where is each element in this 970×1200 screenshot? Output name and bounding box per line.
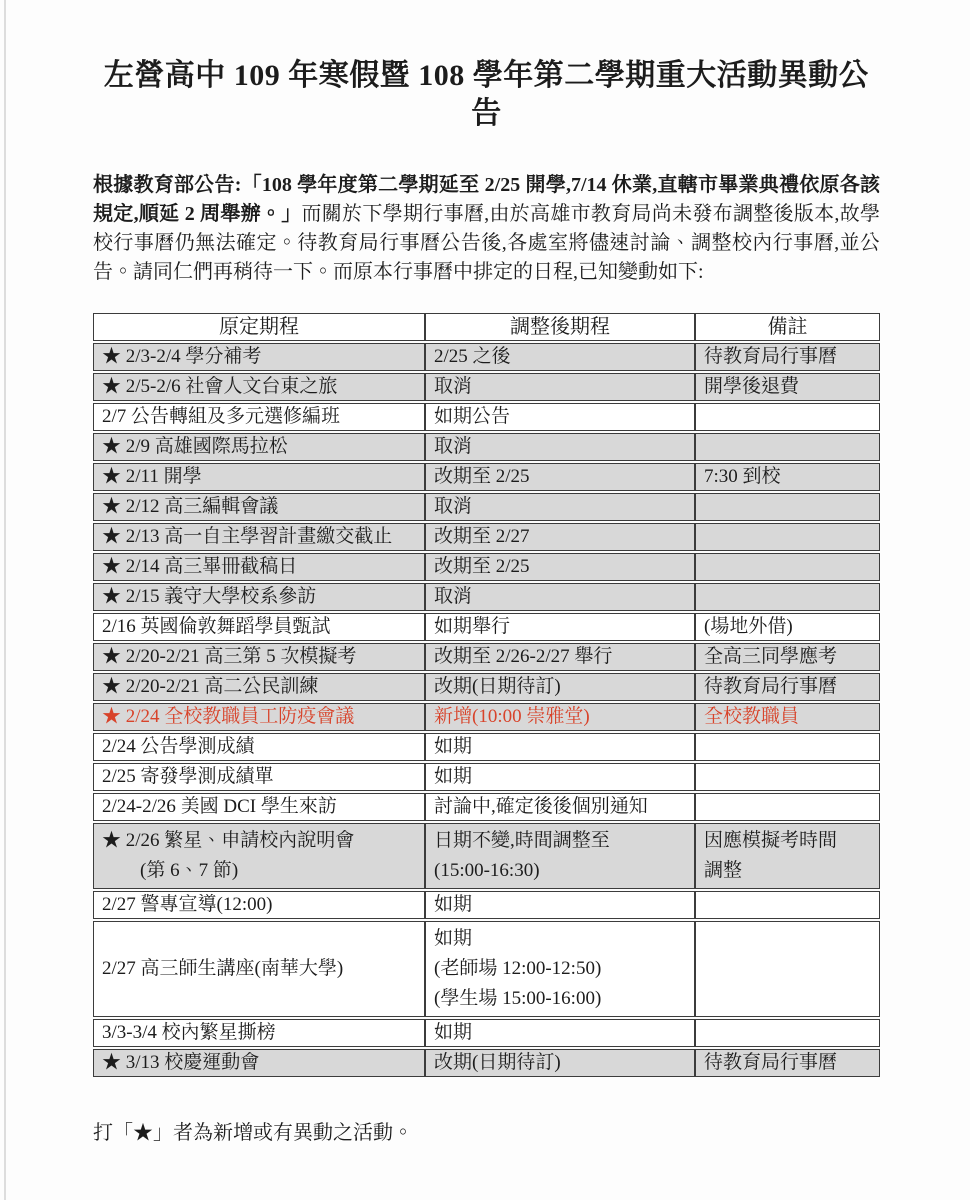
table-row: ★ 2/11 開學改期至 2/257:30 到校 <box>93 463 880 491</box>
table-row: 2/7 公告轉組及多元選修編班如期公告 <box>93 403 880 431</box>
cell-original-schedule: 2/24 公告學測成績 <box>93 733 425 761</box>
cell-original-schedule: ★ 2/15 義守大學校系參訪 <box>93 583 425 611</box>
cell-adjusted-schedule: 2/25 之後 <box>425 343 695 371</box>
cell-original-schedule: ★ 2/14 高三畢冊截稿日 <box>93 553 425 581</box>
cell-note <box>695 793 880 821</box>
table-row: 2/16 英國倫敦舞蹈學員甄試如期舉行(場地外借) <box>93 613 880 641</box>
cell-adjusted-schedule: 取消 <box>425 493 695 521</box>
cell-original-schedule: ★ 2/24 全校教職員工防疫會議 <box>93 703 425 731</box>
table-row: ★ 2/20-2/21 高二公民訓練改期(日期待訂)待教育局行事曆 <box>93 673 880 701</box>
cell-original-schedule: 2/25 寄發學測成績單 <box>93 763 425 791</box>
schedule-change-table: 原定期程 調整後期程 備註 ★ 2/3-2/4 學分補考2/25 之後待教育局行… <box>93 311 880 1079</box>
cell-original-schedule: ★ 2/26 繁星、申請校內說明會 (第 6、7 節) <box>93 823 425 889</box>
cell-original-schedule: 3/3-3/4 校內繁星撕榜 <box>93 1019 425 1047</box>
cell-note <box>695 891 880 919</box>
cell-adjusted-schedule: 如期公告 <box>425 403 695 431</box>
cell-adjusted-schedule: 如期 <box>425 891 695 919</box>
cell-adjusted-schedule: 如期 <box>425 763 695 791</box>
table-row: 3/3-3/4 校內繁星撕榜如期 <box>93 1019 880 1047</box>
star-legend-footnote: 打「★」者為新增或有異動之活動。 <box>93 1119 880 1147</box>
table-row: ★ 2/5-2/6 社會人文台東之旅取消開學後退費 <box>93 373 880 401</box>
cell-adjusted-schedule: 改期至 2/25 <box>425 553 695 581</box>
cell-adjusted-schedule: 改期(日期待訂) <box>425 1049 695 1077</box>
header-row: 原定期程 調整後期程 備註 <box>93 313 880 341</box>
cell-original-schedule: ★ 2/20-2/21 高三第 5 次模擬考 <box>93 643 425 671</box>
table-row: ★ 2/20-2/21 高三第 5 次模擬考改期至 2/26-2/27 舉行全高… <box>93 643 880 671</box>
cell-adjusted-schedule: 如期舉行 <box>425 613 695 641</box>
cell-adjusted-schedule: 日期不變,時間調整至 (15:00-16:30) <box>425 823 695 889</box>
cell-note <box>695 403 880 431</box>
cell-original-schedule: ★ 2/12 高三編輯會議 <box>93 493 425 521</box>
cell-note <box>695 763 880 791</box>
cell-adjusted-schedule: 取消 <box>425 373 695 401</box>
header-original-schedule: 原定期程 <box>93 313 425 341</box>
cell-note: 7:30 到校 <box>695 463 880 491</box>
header-note: 備註 <box>695 313 880 341</box>
cell-note <box>695 493 880 521</box>
cell-adjusted-schedule: 改期(日期待訂) <box>425 673 695 701</box>
header-adjusted-schedule: 調整後期程 <box>425 313 695 341</box>
cell-note <box>695 523 880 551</box>
cell-adjusted-schedule: 改期至 2/25 <box>425 463 695 491</box>
cell-original-schedule: 2/7 公告轉組及多元選修編班 <box>93 403 425 431</box>
table-row: 2/24-2/26 美國 DCI 學生來訪討論中,確定後後個別通知 <box>93 793 880 821</box>
cell-original-schedule: ★ 2/9 高雄國際馬拉松 <box>93 433 425 461</box>
table-row: 2/27 高三師生講座(南華大學)如期 (老師場 12:00-12:50) (學… <box>93 921 880 1017</box>
table-row: ★ 2/9 高雄國際馬拉松取消 <box>93 433 880 461</box>
table-row: ★ 2/12 高三編輯會議取消 <box>93 493 880 521</box>
schedule-table-header: 原定期程 調整後期程 備註 <box>93 313 880 341</box>
cell-original-schedule: ★ 2/13 高一自主學習計畫繳交截止 <box>93 523 425 551</box>
cell-original-schedule: ★ 2/3-2/4 學分補考 <box>93 343 425 371</box>
table-row: ★ 2/24 全校教職員工防疫會議新增(10:00 崇雅堂)全校教職員 <box>93 703 880 731</box>
cell-original-schedule: ★ 2/11 開學 <box>93 463 425 491</box>
cell-adjusted-schedule: 改期至 2/26-2/27 舉行 <box>425 643 695 671</box>
cell-note: 待教育局行事曆 <box>695 673 880 701</box>
cell-note: 待教育局行事曆 <box>695 1049 880 1077</box>
cell-adjusted-schedule: 取消 <box>425 433 695 461</box>
table-row: ★ 2/15 義守大學校系參訪取消 <box>93 583 880 611</box>
table-row: ★ 2/13 高一自主學習計畫繳交截止改期至 2/27 <box>93 523 880 551</box>
cell-note <box>695 733 880 761</box>
cell-note: 待教育局行事曆 <box>695 343 880 371</box>
table-row: ★ 3/13 校慶運動會改期(日期待訂)待教育局行事曆 <box>93 1049 880 1077</box>
table-row: ★ 2/26 繁星、申請校內說明會 (第 6、7 節)日期不變,時間調整至 (1… <box>93 823 880 889</box>
cell-note <box>695 583 880 611</box>
cell-adjusted-schedule: 改期至 2/27 <box>425 523 695 551</box>
cell-original-schedule: ★ 2/5-2/6 社會人文台東之旅 <box>93 373 425 401</box>
cell-note <box>695 1019 880 1047</box>
schedule-table-body: ★ 2/3-2/4 學分補考2/25 之後待教育局行事曆★ 2/5-2/6 社會… <box>93 343 880 1077</box>
table-row: ★ 2/14 高三畢冊截稿日改期至 2/25 <box>93 553 880 581</box>
cell-original-schedule: ★ 2/20-2/21 高二公民訓練 <box>93 673 425 701</box>
page-title: 左營高中 109 年寒假暨 108 學年第二學期重大活動異動公告 <box>93 57 880 133</box>
table-row: ★ 2/3-2/4 學分補考2/25 之後待教育局行事曆 <box>93 343 880 371</box>
cell-adjusted-schedule: 討論中,確定後後個別通知 <box>425 793 695 821</box>
cell-note: 全高三同學應考 <box>695 643 880 671</box>
cell-adjusted-schedule: 取消 <box>425 583 695 611</box>
cell-original-schedule: 2/27 警專宣導(12:00) <box>93 891 425 919</box>
cell-note <box>695 921 880 1017</box>
table-row: 2/25 寄發學測成績單如期 <box>93 763 880 791</box>
cell-note: 因應模擬考時間 調整 <box>695 823 880 889</box>
cell-original-schedule: ★ 3/13 校慶運動會 <box>93 1049 425 1077</box>
announcement-page: 左營高中 109 年寒假暨 108 學年第二學期重大活動異動公告 根據教育部公告… <box>0 57 970 1147</box>
cell-note: 全校教職員 <box>695 703 880 731</box>
cell-note: (場地外借) <box>695 613 880 641</box>
scan-edge-artifact <box>4 0 6 1200</box>
cell-note <box>695 433 880 461</box>
table-row: 2/27 警專宣導(12:00)如期 <box>93 891 880 919</box>
cell-adjusted-schedule: 如期 (老師場 12:00-12:50) (學生場 15:00-16:00) <box>425 921 695 1017</box>
cell-adjusted-schedule: 如期 <box>425 1019 695 1047</box>
intro-paragraph: 根據教育部公告:「108 學年度第二學期延至 2/25 開學,7/14 休業,直… <box>93 171 880 287</box>
cell-adjusted-schedule: 如期 <box>425 733 695 761</box>
cell-note <box>695 553 880 581</box>
cell-original-schedule: 2/24-2/26 美國 DCI 學生來訪 <box>93 793 425 821</box>
cell-original-schedule: 2/16 英國倫敦舞蹈學員甄試 <box>93 613 425 641</box>
cell-original-schedule: 2/27 高三師生講座(南華大學) <box>93 921 425 1017</box>
table-row: 2/24 公告學測成績如期 <box>93 733 880 761</box>
cell-adjusted-schedule: 新增(10:00 崇雅堂) <box>425 703 695 731</box>
cell-note: 開學後退費 <box>695 373 880 401</box>
